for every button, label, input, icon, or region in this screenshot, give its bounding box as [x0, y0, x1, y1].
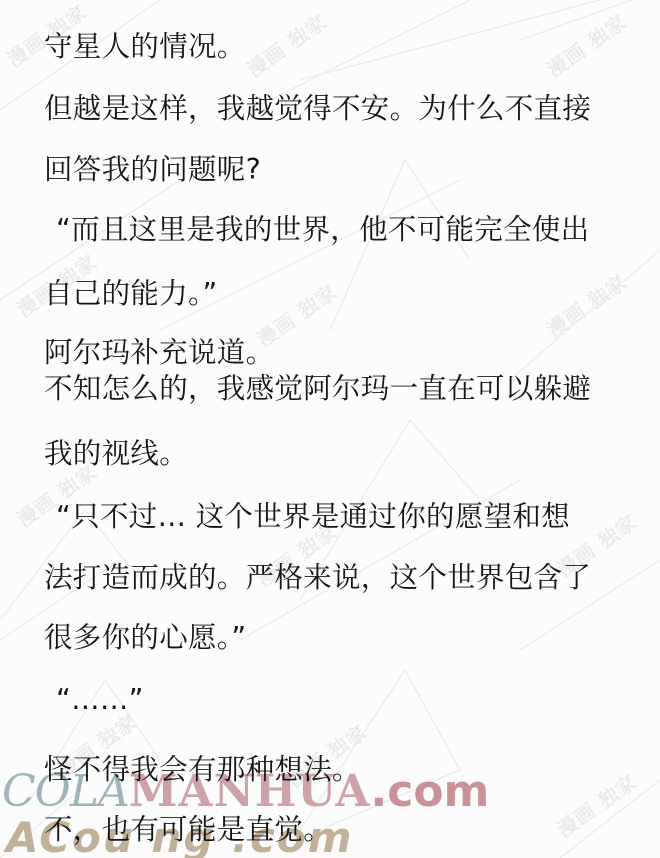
- text-line: 法打造而成的。严格来说，这个世界包含了: [44, 561, 591, 595]
- text-line: 我的视线。: [44, 437, 188, 471]
- text-line: 很多你的心愿。”: [44, 621, 246, 655]
- watermark-stamp: 漫画 独家: [550, 766, 642, 843]
- watermark-stamp: 漫画 独家: [240, 6, 332, 83]
- text-line: 但越是这样，我越觉得不安。为什么不直接: [44, 92, 591, 126]
- watermark-stamp: 漫画 独家: [540, 6, 632, 83]
- text-line: “而且这里是我的世界，他不可能完全使出: [56, 213, 589, 247]
- text-line: 不，也有可能是直觉。: [44, 813, 332, 847]
- text-line: “只不过… 这个世界是通过你的愿望和想: [56, 500, 570, 534]
- text-line: 自己的能力。”: [44, 277, 218, 311]
- text-line: “……”: [56, 683, 144, 717]
- watermark-stamp: 漫画 独家: [540, 266, 632, 343]
- text-line: 守星人的情况。: [44, 30, 246, 64]
- watermark-dotcom: .com: [371, 766, 490, 817]
- novel-page: 漫画 独家 漫画 独家 漫画 独家 漫画 独家 漫画 独家 漫画 独家 漫画 独…: [0, 0, 660, 858]
- text-line: 怪不得我会有那种想法。: [44, 753, 361, 787]
- text-line: 回答我的问题呢?: [44, 153, 261, 187]
- text-line: 阿尔玛补充说道。: [44, 336, 274, 370]
- text-line: 不知怎么的，我感觉阿尔玛一直在可以躲避: [44, 372, 591, 406]
